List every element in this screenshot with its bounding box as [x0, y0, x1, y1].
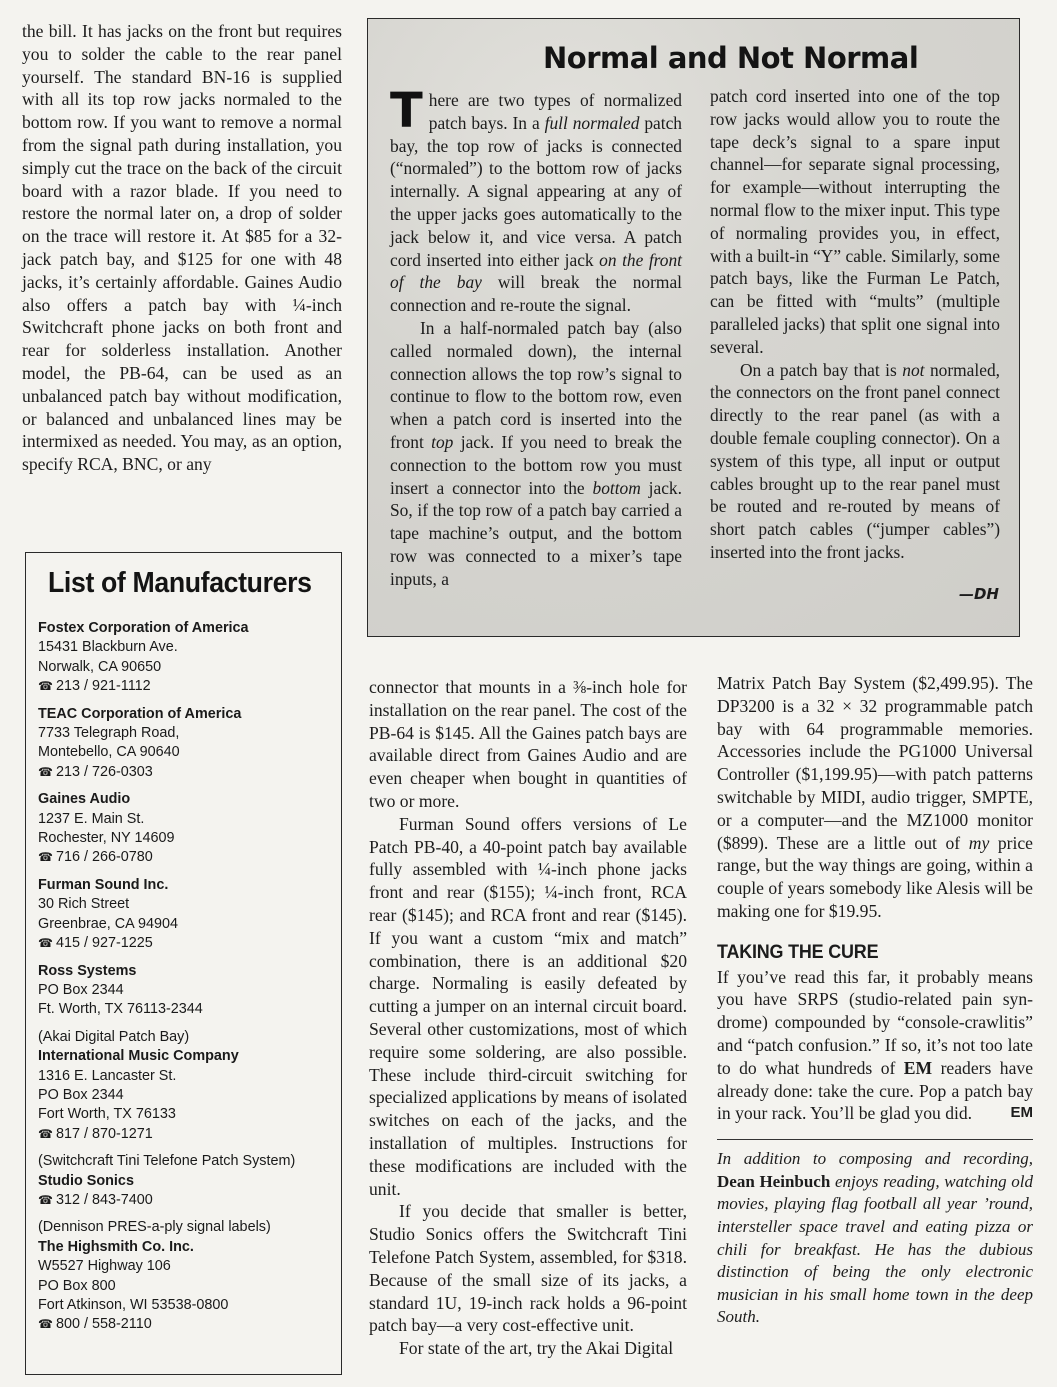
sidebar-paragraph-2: In a half-normaled patch bay (also calle…	[390, 317, 682, 591]
article-paragraph: If you’ve read this far, it probably mea…	[717, 966, 1033, 1126]
manufacturer-entry: Gaines Audio1237 E. Main St.Rochester, N…	[38, 790, 333, 868]
manufacturer-address-line: W5527 Highway 106	[38, 1257, 333, 1276]
bio-divider	[717, 1139, 1033, 1140]
manufacturer-entry: (Switchcraft Tini Telefone Patch System)…	[38, 1152, 333, 1210]
manufacturer-address-line: Fort Atkinson, WI 53538-0800	[38, 1296, 333, 1315]
manufacturer-name: TEAC Corporation of America	[38, 705, 333, 724]
text-run: nor­maled, the connectors on the front p…	[710, 360, 1000, 562]
manufacturer-phone: ☎817 / 870-1271	[38, 1125, 333, 1144]
author-bio: In addition to composing and recording, …	[717, 1148, 1033, 1329]
sidebar-normal-and-not-normal: Normal and Not Normal There are two type…	[367, 18, 1020, 637]
sidebar-paragraph-3: On a patch bay that is not nor­maled, th…	[710, 359, 1000, 564]
manufacturer-address-line: PO Box 2344	[38, 981, 333, 1000]
phone-number: 800 / 558-2110	[56, 1316, 152, 1332]
manufacturer-phone: ☎312 / 843-7400	[38, 1191, 333, 1210]
phone-number: 817 / 870-1271	[56, 1126, 153, 1142]
phone-number: 716 / 266-0780	[56, 849, 153, 865]
manufacturer-address-line: Rochester, NY 14609	[38, 829, 333, 848]
manufacturers-list: Fostex Corporation of America15431 Black…	[38, 619, 333, 1343]
manufacturer-address-line: Ft. Worth, TX 76113-2344	[38, 1000, 333, 1019]
italic-run: bottom	[593, 478, 641, 498]
phone-number: 415 / 927-1225	[56, 935, 153, 951]
manufacturer-name: International Music Company	[38, 1047, 333, 1066]
text-run: enjoys reading, watching old movies, pla…	[717, 1172, 1033, 1327]
manufacturer-address-line: 15431 Blackburn Ave.	[38, 638, 333, 657]
sidebar-paragraph-1: There are two types of normalized patch …	[390, 89, 682, 317]
manufacturers-box: List of Manufacturers Fostex Corporation…	[25, 552, 342, 1375]
italic-run: not	[902, 360, 924, 380]
manufacturer-note: (Switchcraft Tini Telefone Patch System)	[38, 1152, 333, 1171]
manufacturer-phone: ☎213 / 921-1112	[38, 677, 333, 696]
author-name: Dean Heinbuch	[717, 1172, 830, 1191]
sidebar-paragraph-2-continued: patch cord inserted into one of the top …	[710, 85, 1000, 359]
manufacturer-address-line: 30 Rich Street	[38, 895, 333, 914]
manufacturer-address-line: Norwalk, CA 90650	[38, 658, 333, 677]
manufacturer-address-line: 1316 E. Lancaster St.	[38, 1067, 333, 1086]
manufacturer-name: The Highsmith Co. Inc.	[38, 1238, 333, 1257]
article-paragraph: Matrix Patch Bay System ($2,499.95). The…	[717, 672, 1033, 923]
manufacturers-title: List of Manufacturers	[48, 567, 306, 600]
text-run: On a patch bay that is	[740, 360, 902, 380]
manufacturer-entry: (Akai Digital Patch Bay)International Mu…	[38, 1028, 333, 1144]
telephone-icon: ☎	[38, 765, 53, 779]
manufacturer-entry: TEAC Corporation of America7733 Telegrap…	[38, 705, 333, 783]
section-heading: TAKING THE CURE	[717, 941, 1008, 964]
manufacturer-address-line: Montebello, CA 90640	[38, 743, 333, 762]
sidebar-title: Normal and Not Normal	[543, 41, 883, 75]
article-paragraph: If you decide that smaller is better, St…	[369, 1200, 687, 1337]
phone-number: 213 / 726-0303	[56, 764, 153, 780]
italic-run: full normaled	[545, 113, 640, 133]
telephone-icon: ☎	[38, 1317, 53, 1331]
telephone-icon: ☎	[38, 1127, 53, 1141]
manufacturer-entry: (Dennison PRES-a-ply signal labels)The H…	[38, 1218, 333, 1334]
manufacturer-address-line: Fort Worth, TX 76133	[38, 1105, 333, 1124]
manufacturer-name: Fostex Corporation of America	[38, 619, 333, 638]
manufacturer-note: (Dennison PRES-a-ply signal labels)	[38, 1218, 333, 1237]
manufacturer-phone: ☎415 / 927-1225	[38, 934, 333, 953]
manufacturer-phone: ☎716 / 266-0780	[38, 848, 333, 867]
telephone-icon: ☎	[38, 679, 53, 693]
italic-run: my	[969, 833, 990, 853]
manufacturer-address-line: 7733 Telegraph Road,	[38, 724, 333, 743]
article-column-right-bottom: Matrix Patch Bay System ($2,499.95). The…	[717, 672, 1033, 1329]
manufacturer-name: Ross Systems	[38, 962, 333, 981]
sidebar-column-1: There are two types of normalized patch …	[390, 89, 682, 591]
manufacturer-address-line: PO Box 2344	[38, 1086, 333, 1105]
article-paragraph: the bill. It has jacks on the front but …	[22, 20, 342, 476]
manufacturer-name: Studio Sonics	[38, 1172, 333, 1191]
article-column-middle-bottom: connector that mounts in a ⅜-inch hole f…	[369, 676, 687, 1360]
manufacturer-address-line: Greenbrae, CA 94904	[38, 915, 333, 934]
manufacturer-entry: Ross SystemsPO Box 2344Ft. Worth, TX 761…	[38, 962, 333, 1020]
drop-cap: T	[390, 91, 423, 131]
manufacturer-phone: ☎213 / 726-0303	[38, 763, 333, 782]
text-run: Matrix Patch Bay System ($2,499.95). The…	[717, 673, 1033, 853]
manufacturer-phone: ☎800 / 558-2110	[38, 1315, 333, 1334]
telephone-icon: ☎	[38, 936, 53, 950]
phone-number: 213 / 921-1112	[56, 678, 151, 694]
article-paragraph: connector that mounts in a ⅜-inch hole f…	[369, 676, 687, 813]
end-mark: EM	[1011, 1102, 1034, 1125]
manufacturer-entry: Fostex Corporation of America15431 Black…	[38, 619, 333, 697]
manufacturer-name: Furman Sound Inc.	[38, 876, 333, 895]
sidebar-column-2: patch cord inserted into one of the top …	[710, 85, 1000, 564]
article-paragraph: For state of the art, try the Akai Digit…	[369, 1337, 687, 1360]
manufacturer-name: Gaines Audio	[38, 790, 333, 809]
text-run: patch bay, the top row of jacks is conne…	[390, 113, 682, 270]
article-paragraph: Furman Sound offers versions of Le Patch…	[369, 813, 687, 1201]
sidebar-signoff: —DH	[959, 585, 999, 603]
article-column-left-top: the bill. It has jacks on the front but …	[22, 20, 342, 476]
manufacturer-note: (Akai Digital Patch Bay)	[38, 1028, 333, 1047]
manufacturer-address-line: PO Box 800	[38, 1277, 333, 1296]
manufacturer-address-line: 1237 E. Main St.	[38, 810, 333, 829]
text-run: In addition to composing and recording,	[717, 1149, 1033, 1168]
italic-run: top	[431, 432, 453, 452]
telephone-icon: ☎	[38, 1193, 53, 1207]
phone-number: 312 / 843-7400	[56, 1192, 153, 1208]
manufacturer-entry: Furman Sound Inc.30 Rich StreetGreenbrae…	[38, 876, 333, 954]
magazine-abbrev: EM	[904, 1058, 932, 1078]
telephone-icon: ☎	[38, 850, 53, 864]
